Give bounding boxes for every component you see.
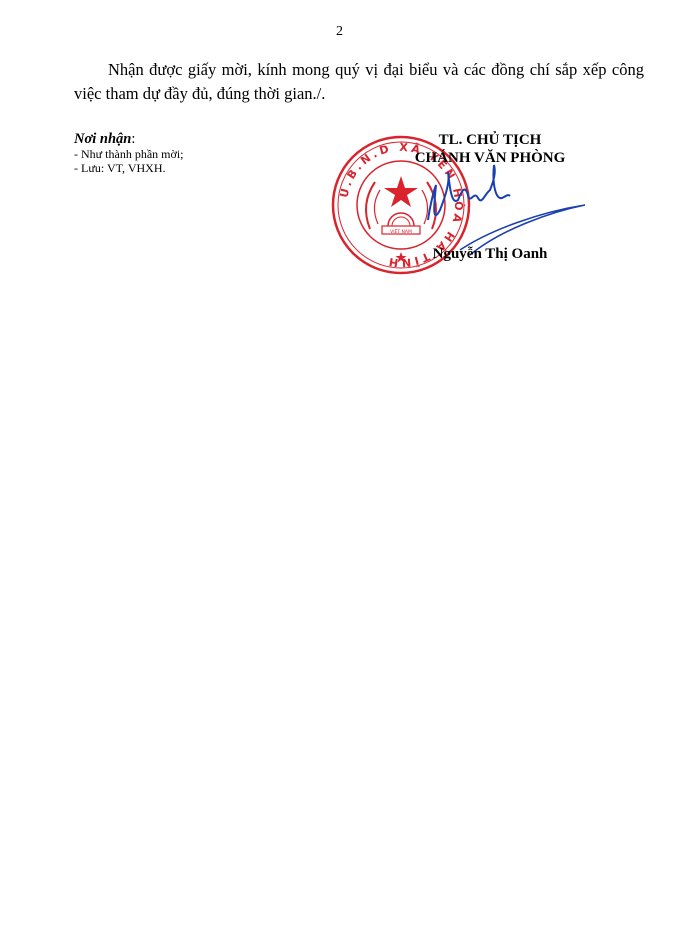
closing-paragraph-text: Nhận được giấy mời, kính mong quý vị đại… xyxy=(74,60,644,103)
recipient-item: - Lưu: VT, VHXH. xyxy=(74,161,184,175)
recipients-colon: : xyxy=(131,131,135,147)
recipient-item: - Như thành phần mời; xyxy=(74,147,184,161)
signer-authority: TL. CHỦ TỊCH xyxy=(400,131,580,149)
recipients-title-text: Nơi nhận xyxy=(74,131,131,147)
recipients-block: Nơi nhận: - Như thành phần mời; - Lưu: V… xyxy=(74,131,184,175)
svg-text:VIỆT NAM: VIỆT NAM xyxy=(390,227,412,235)
closing-paragraph: Nhận được giấy mời, kính mong quý vị đại… xyxy=(74,58,644,106)
recipients-title: Nơi nhận: xyxy=(74,131,184,147)
signer-name: Nguyễn Thị Oanh xyxy=(420,246,560,263)
page-number: 2 xyxy=(0,24,679,40)
